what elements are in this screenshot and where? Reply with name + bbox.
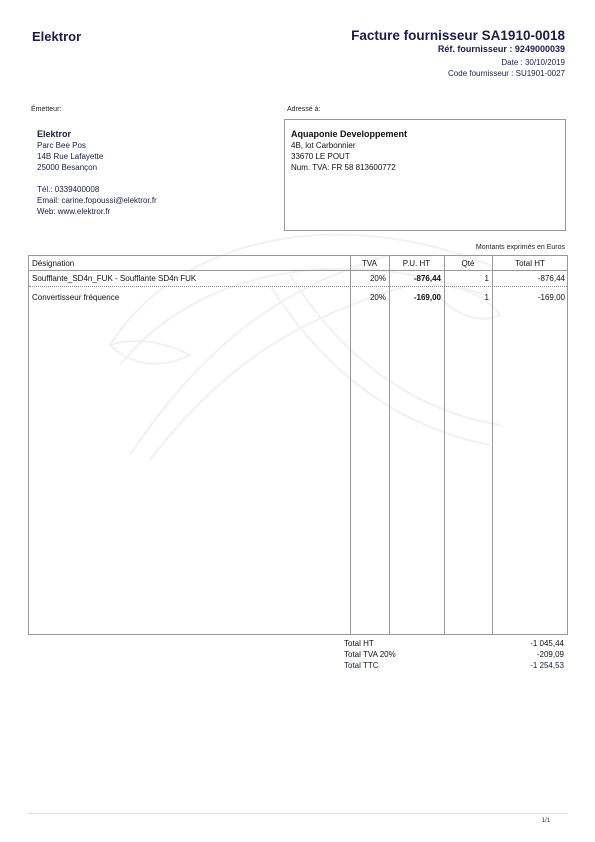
recipient-line: Num. TVA: FR 58 813600772 [291,162,407,173]
row-total-ht: -169,00 [492,293,565,302]
table-row: Soufflante_SD4n_FUK - Soufflante SD4n FU… [29,271,567,287]
sender-line: 14B Rue Lafayette [37,151,157,162]
column-header-qty: Qté [444,259,492,268]
row-qty: 1 [444,293,489,302]
page-number: 1/1 [542,818,550,824]
row-total-ht: -876,44 [492,274,565,283]
recipient-label: Adressé à: [287,106,320,113]
total-ht-label: Total HT [344,639,374,648]
row-pu-ht: -169,00 [389,293,441,302]
column-divider [492,256,493,634]
invoice-title: Facture fournisseur SA1910-0018 [351,28,565,43]
recipient-address: Aquaponie Developpement 4B, lot Carbonni… [291,128,407,173]
currency-note: Montants exprimés en Euros [476,244,565,251]
column-header-total-ht: Total HT [492,259,568,268]
sender-name: Elektror [37,128,157,140]
total-tva-label: Total TVA 20% [344,650,396,659]
total-tva-value: -209,09 [537,650,564,659]
row-tva: 20% [350,274,386,283]
invoice-date: Date : 30/10/2019 [501,58,565,67]
column-divider [389,256,390,634]
recipient-name: Aquaponie Developpement [291,128,407,140]
total-ttc-label: Total TTC [344,661,379,670]
supplier-code: Code fournisseur : SU1901-0027 [448,69,565,78]
column-header-pu-ht: P.U. HT [389,259,444,268]
table-row: Convertisseur fréquence 20% -169,00 1 -1… [29,290,567,305]
supplier-ref: Réf. fournisseur : 9249000039 [438,44,565,54]
row-pu-ht: -876,44 [389,274,441,283]
sender-line: 25000 Besançon [37,162,157,173]
sender-web: Web: www.elektror.fr [37,206,157,217]
company-name: Elektror [32,29,81,44]
invoice-lines-table: Désignation TVA P.U. HT Qté Total HT Sou… [28,255,568,635]
column-header-designation: Désignation [32,259,74,268]
row-tva: 20% [350,293,386,302]
recipient-line: 33670 LE POUT [291,151,407,162]
row-designation: Soufflante_SD4n_FUK - Soufflante SD4n FU… [32,274,196,283]
sender-label: Émetteur: [31,106,61,113]
column-header-tva: TVA [350,259,389,268]
recipient-line: 4B, lot Carbonnier [291,140,407,151]
sender-phone: Tél.: 0339400008 [37,184,157,195]
row-qty: 1 [444,274,489,283]
column-divider [444,256,445,634]
total-ttc-value: -1 254,53 [530,661,564,670]
sender-address: Elektror Parc Bee Pos 14B Rue Lafayette … [37,128,157,217]
column-divider [350,256,351,634]
sender-email: Email: carine.fopoussi@elektror.fr [37,195,157,206]
sender-line: Parc Bee Pos [37,140,157,151]
footer-divider [28,813,568,814]
row-designation: Convertisseur fréquence [32,293,119,302]
total-ht-value: -1 045,44 [530,639,564,648]
